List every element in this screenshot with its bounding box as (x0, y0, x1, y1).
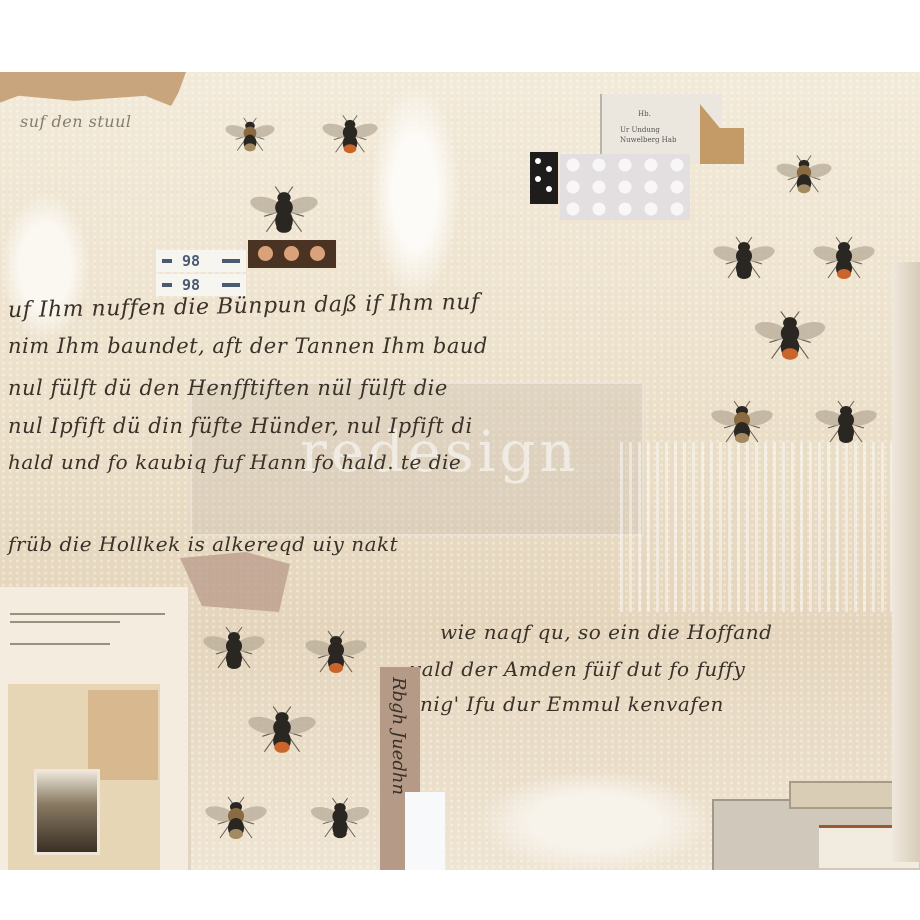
script-line: früb die Hollkek is alkereqd uiy nakt (8, 532, 398, 556)
folder-stack (712, 799, 920, 870)
bee-right-2-icon (812, 234, 876, 288)
bee-right-3-icon (710, 398, 774, 452)
bee-right-4-icon (814, 398, 878, 452)
bee-upper-center-icon (249, 183, 319, 242)
script-line: nig' Ifu dur Emmul kenvafen (420, 692, 724, 716)
dotted-fabric (560, 154, 690, 220)
script-line: suf den stuul (20, 112, 132, 131)
white-splash (405, 792, 445, 870)
script-line: vald der Amden füif dut fo fuffy (410, 657, 745, 681)
ledger-note-line: Ur Undung (620, 126, 660, 134)
button-strip (248, 240, 336, 268)
script-line: nul fülft dü den Henfftiften nül fülft d… (8, 376, 448, 400)
bee-right-center-icon (753, 308, 827, 370)
bee-top-faint-icon (224, 115, 275, 158)
bee-lower-3-icon (204, 794, 268, 848)
grid-stripe-panel (620, 442, 900, 612)
domino-piece (530, 152, 558, 204)
script-line: hald und fo kaubiq fuf Hann fo hald. te … (8, 450, 461, 474)
script-line: nul Ipfift dü din füfte Hünder, nul Ipfi… (8, 414, 473, 438)
paint-splotch (370, 82, 460, 302)
bee-right-1-icon (712, 234, 776, 288)
ticket-stub: 98 (156, 274, 246, 296)
ticket-stub: 98 (156, 250, 246, 272)
bee-lower-2-icon (304, 628, 368, 682)
bee-top-orange-icon (321, 113, 379, 162)
collage-canvas: Hb. Ur Undung Nuwelberg Hab 98 98 redesi… (0, 72, 920, 870)
script-line: wie naqf qu, so ein die Hoffand (440, 620, 772, 644)
paint-splotch (480, 772, 710, 870)
bee-lower-center-icon (247, 703, 317, 762)
right-edge-strip (892, 262, 920, 862)
ledger-note-line: Nuwelberg Hab (620, 136, 676, 144)
ledger-note-line: Hb. (638, 110, 651, 118)
bee-lower-4-icon (310, 795, 371, 846)
bee-lower-1-icon (202, 624, 266, 678)
bee-top-right-icon (775, 153, 833, 202)
script-line: nim Ihm baundet, aft der Tannen Ihm baud (8, 334, 488, 358)
vertical-script: Rbgh Juedhn (388, 677, 409, 795)
kraft-card (8, 684, 160, 870)
